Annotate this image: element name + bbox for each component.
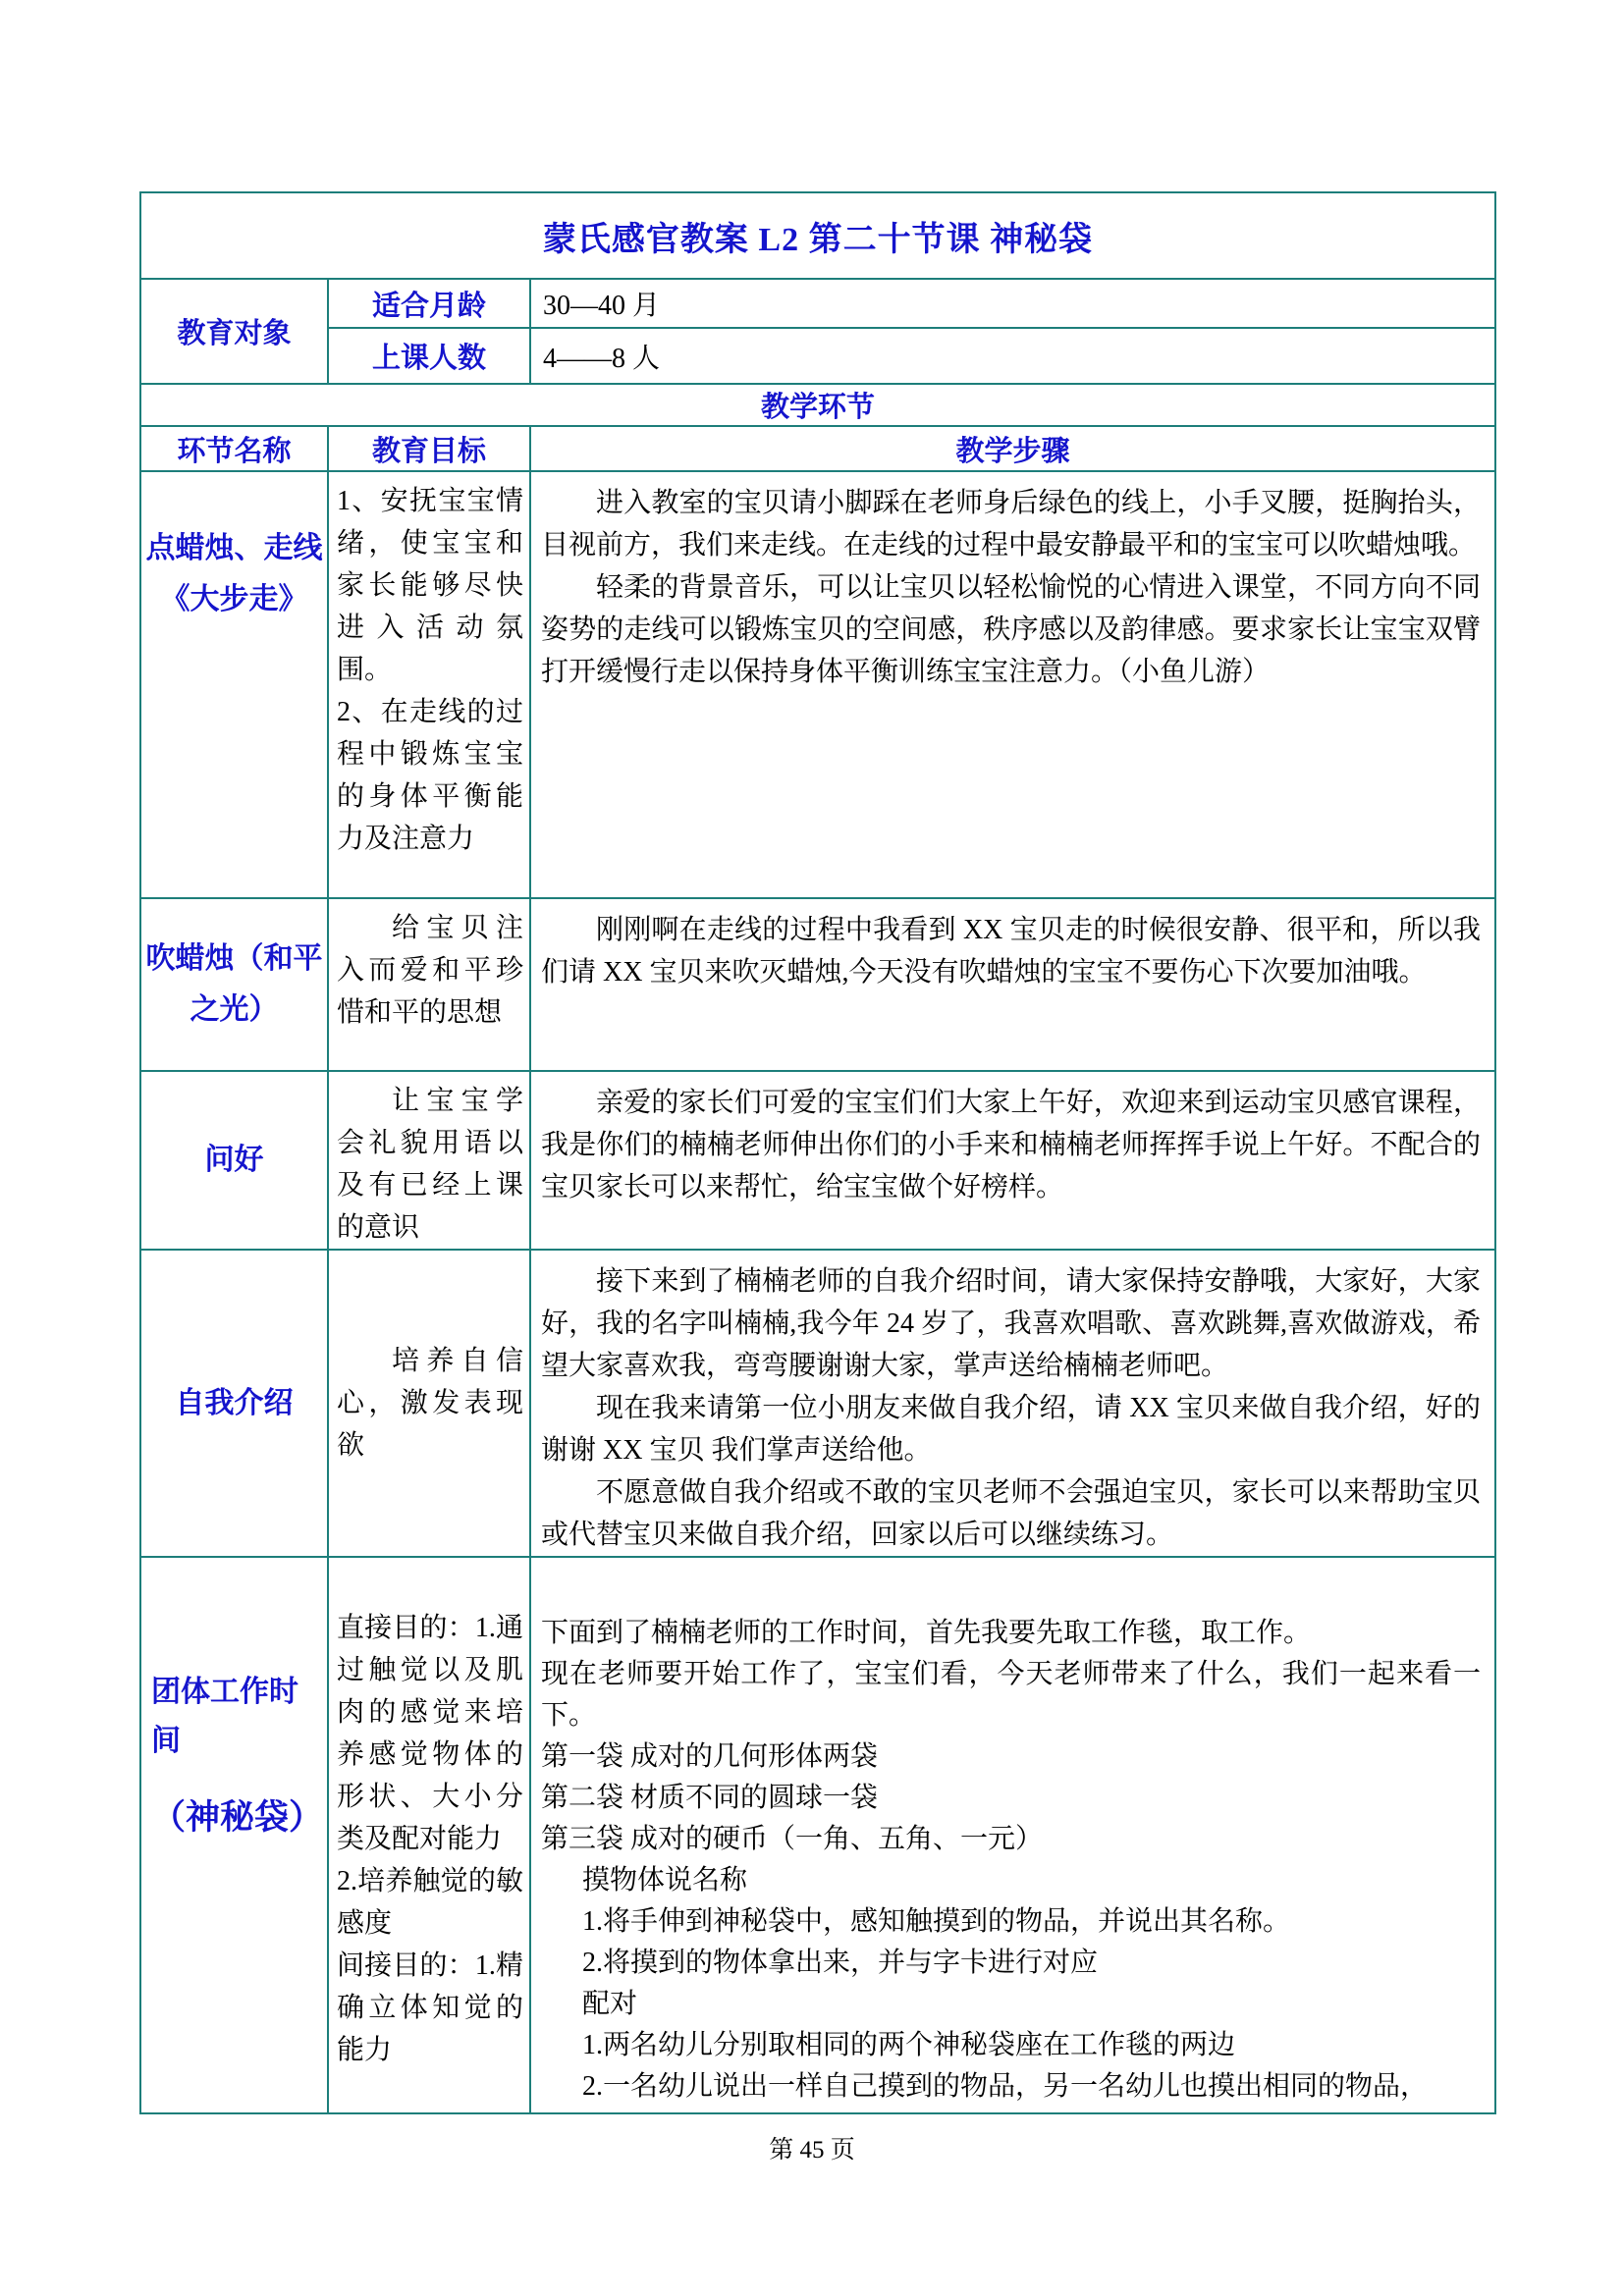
goal-paragraph: 给宝贝注入而爱和平珍惜和平的思想 [337, 907, 523, 1034]
goal-paragraph: 让宝宝学会礼貌用语以及有已经上课的意识 [337, 1080, 523, 1249]
goal-paragraph: 2、在走线的过程中锻炼宝宝的身体平衡能力及注意力 [337, 691, 523, 860]
goal-cell: 培养自信心，激发表现欲 [328, 1250, 530, 1557]
column-header-stage-name: 环节名称 [140, 426, 328, 471]
goal-paragraph: 2.培养触觉的敏感度 [337, 1860, 523, 1945]
page-number: 第 45 页 [0, 2130, 1624, 2165]
suitable-age-value: 30—40 月 [530, 279, 1495, 328]
steps-cell: 进入教室的宝贝请小脚踩在老师身后绿色的线上，小手叉腰，挺胸抬头，目视前方，我们来… [530, 471, 1495, 898]
step-paragraph: 刚刚啊在走线的过程中我看到 XX 宝贝走的时候很安静、很平和，所以我们请 XX … [541, 909, 1481, 993]
info-row-class-size: 上课人数 4——8 人 [140, 328, 1495, 384]
goal-paragraph: 培养自信心，激发表现欲 [337, 1340, 523, 1467]
goal-cell: 1、安抚宝宝情绪，使宝宝和家长能够尽快进入活动氛围。 2、在走线的过程中锻炼宝宝… [328, 471, 530, 898]
stage-name-cell: 自我介绍 [140, 1250, 328, 1557]
section-header-row: 教学环节 [140, 384, 1495, 426]
stage-row-greeting: 问好 让宝宝学会礼貌用语以及有已经上课的意识 亲爱的家长们可爱的宝宝们们大家上午… [140, 1071, 1495, 1250]
info-row-age: 教育对象 适合月龄 30—40 月 [140, 279, 1495, 328]
education-target-label: 教育对象 [140, 279, 328, 384]
stage-row-walking-line: 点蜡烛、走线 《大步走》 1、安抚宝宝情绪，使宝宝和家长能够尽快进入活动氛围。 … [140, 471, 1495, 898]
step-paragraph: 第一袋 成对的几何形体两袋 [541, 1736, 1481, 1778]
document-title: 蒙氏感官教案 L2 第二十节课 神秘袋 [140, 192, 1495, 279]
stage-name-cell: 吹蜡烛（和平 之光） [140, 898, 328, 1071]
stage-subname-text: （神秘袋） [151, 1793, 323, 1842]
step-paragraph: 1.两名幼儿分别取相同的两个神秘袋座在工作毯的两边 [541, 2025, 1481, 2066]
step-paragraph: 2.将摸到的物体拿出来，并与字卡进行对应 [541, 1943, 1481, 1984]
lesson-plan-table: 蒙氏感官教案 L2 第二十节课 神秘袋 教育对象 适合月龄 30—40 月 上课… [139, 191, 1496, 2114]
step-paragraph: 不愿意做自我介绍或不敢的宝贝老师不会强迫宝贝，家长可以来帮助宝贝或代替宝贝来做自… [541, 1471, 1481, 1556]
document-page: 蒙氏感官教案 L2 第二十节课 神秘袋 教育对象 适合月龄 30—40 月 上课… [0, 0, 1624, 2296]
steps-cell: 下面到了楠楠老师的工作时间，首先我要先取工作毯，取工作。 现在老师要开始工作了，… [530, 1557, 1495, 2113]
step-paragraph: 第二袋 材质不同的圆球一袋 [541, 1778, 1481, 1819]
steps-cell: 刚刚啊在走线的过程中我看到 XX 宝贝走的时候很安静、很平和，所以我们请 XX … [530, 898, 1495, 1071]
stage-row-blow-candle: 吹蜡烛（和平 之光） 给宝贝注入而爱和平珍惜和平的思想 刚刚啊在走线的过程中我看… [140, 898, 1495, 1071]
step-paragraph: 亲爱的家长们可爱的宝宝们们大家上午好，欢迎来到运动宝贝感官课程，我是你们的楠楠老… [541, 1082, 1481, 1208]
column-header-education-goal: 教育目标 [328, 426, 530, 471]
steps-cell: 亲爱的家长们可爱的宝宝们们大家上午好，欢迎来到运动宝贝感官课程，我是你们的楠楠老… [530, 1071, 1495, 1250]
step-paragraph: 轻柔的背景音乐，可以让宝贝以轻松愉悦的心情进入课堂，不同方向不同姿势的走线可以锻… [541, 566, 1481, 693]
step-paragraph: 现在我来请第一位小朋友来做自我介绍，请 XX 宝贝来做自我介绍，好的谢谢 XX … [541, 1387, 1481, 1471]
goal-cell: 让宝宝学会礼貌用语以及有已经上课的意识 [328, 1071, 530, 1250]
steps-cell: 接下来到了楠楠老师的自我介绍时间，请大家保持安静哦，大家好，大家好，我的名字叫楠… [530, 1250, 1495, 1557]
class-size-label: 上课人数 [328, 328, 530, 384]
goal-paragraph: 间接目的：1.精确立体知觉的能力 [337, 1945, 523, 2071]
title-row: 蒙氏感官教案 L2 第二十节课 神秘袋 [140, 192, 1495, 279]
step-paragraph: 接下来到了楠楠老师的自我介绍时间，请大家保持安静哦，大家好，大家好，我的名字叫楠… [541, 1260, 1481, 1387]
step-paragraph: 现在老师要开始工作了，宝宝们看，今天老师带来了什么，我们一起来看一下。 [541, 1654, 1481, 1736]
stage-name-text: 团体工作时间 [151, 1676, 298, 1757]
goal-cell: 给宝贝注入而爱和平珍惜和平的思想 [328, 898, 530, 1071]
step-paragraph: 配对 [541, 1984, 1481, 2025]
suitable-age-label: 适合月龄 [328, 279, 530, 328]
stage-name-cell: 点蜡烛、走线 《大步走》 [140, 471, 328, 898]
class-size-value: 4——8 人 [530, 328, 1495, 384]
section-header: 教学环节 [140, 384, 1495, 426]
goal-cell: 直接目的：1.通过触觉以及肌肉的感觉来培养感觉物体的形状、大小分类及配对能力 2… [328, 1557, 530, 2113]
column-header-row: 环节名称 教育目标 教学步骤 [140, 426, 1495, 471]
stage-row-group-work-mystery-bag: 团体工作时间 （神秘袋） 直接目的：1.通过触觉以及肌肉的感觉来培养感觉物体的形… [140, 1557, 1495, 2113]
stage-name-cell: 问好 [140, 1071, 328, 1250]
step-paragraph: 第三袋 成对的硬币（一角、五角、一元） [541, 1819, 1481, 1860]
step-paragraph: 2.一名幼儿说出一样自己摸到的物品，另一名幼儿也摸出相同的物品， [541, 2066, 1481, 2108]
column-header-teaching-steps: 教学步骤 [530, 426, 1495, 471]
step-paragraph: 摸物体说名称 [541, 1860, 1481, 1901]
stage-name-cell: 团体工作时间 （神秘袋） [140, 1557, 328, 2113]
stage-row-self-introduction: 自我介绍 培养自信心，激发表现欲 接下来到了楠楠老师的自我介绍时间，请大家保持安… [140, 1250, 1495, 1557]
step-paragraph: 进入教室的宝贝请小脚踩在老师身后绿色的线上，小手叉腰，挺胸抬头，目视前方，我们来… [541, 482, 1481, 566]
step-paragraph: 1.将手伸到神秘袋中，感知触摸到的物品，并说出其名称。 [541, 1901, 1481, 1943]
step-paragraph: 下面到了楠楠老师的工作时间，首先我要先取工作毯，取工作。 [541, 1613, 1481, 1654]
goal-paragraph: 1、安抚宝宝情绪，使宝宝和家长能够尽快进入活动氛围。 [337, 480, 523, 691]
goal-paragraph: 直接目的：1.通过触觉以及肌肉的感觉来培养感觉物体的形状、大小分类及配对能力 [337, 1607, 523, 1860]
